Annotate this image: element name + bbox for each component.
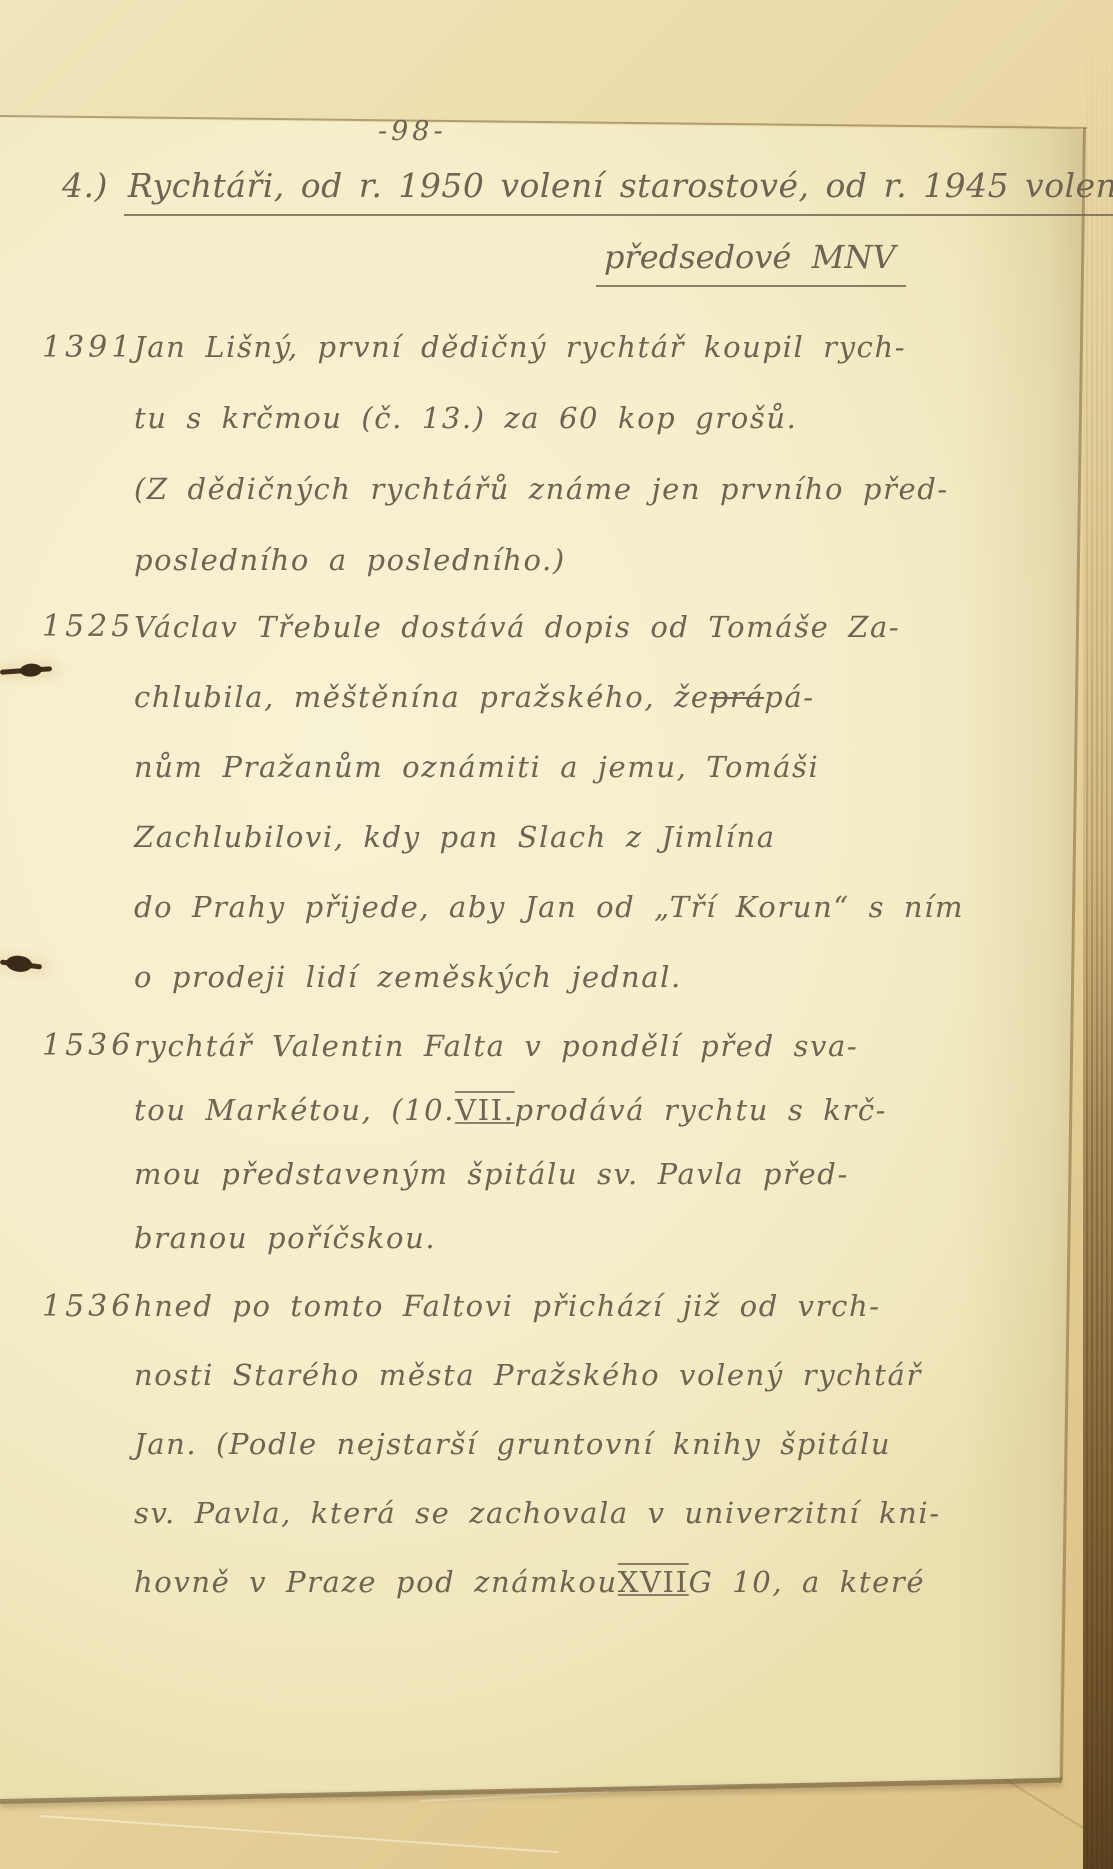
section-heading-continuation: předsedové MNV — [596, 238, 906, 287]
section-heading: 4.) Rychtáři, od r. 1950 volení starosto… — [62, 166, 1113, 216]
entry-text: rychtář Valentin Falta v pondělí před sv… — [134, 1014, 1094, 1270]
entry-line: Jan Lišný, první dědičný rychtář koupil … — [134, 312, 1094, 383]
entry-line: mou představeným špitálu sv. Pavla před- — [134, 1142, 1094, 1206]
entry-row: 1536hned po tomto Faltovi přichází již o… — [42, 1272, 1094, 1617]
entry-line: nům Pražanům oznámiti a jemu, Tomáši — [134, 732, 1094, 802]
paper-crease — [40, 1815, 559, 1853]
entry-line: hovně v Praze pod známkou XVII G 10, a k… — [134, 1548, 1094, 1617]
entry-year: 1391 — [42, 312, 134, 383]
entry-line: posledního a posledního.) — [134, 525, 1094, 596]
entry-line: (Z dědičných rychtářů známe jen prvního … — [134, 454, 1094, 525]
struck-word: prá — [710, 662, 765, 732]
entry-line: sv. Pavla, která se zachovala v univerzi… — [134, 1479, 1094, 1548]
entry-row: 1525Václav Třebule dostává dopis od Tomá… — [42, 592, 1094, 1012]
entry-year: 1536 — [42, 1272, 134, 1341]
heading-line2: předsedové MNV — [596, 238, 906, 287]
entry-line: nosti Starého města Pražského volený ryc… — [134, 1341, 1094, 1410]
entry-line: tou Markétou, (10. VII. prodává rychtu s… — [134, 1078, 1094, 1142]
page-number: -98- — [378, 116, 447, 147]
entry-row: 1391Jan Lišný, první dědičný rychtář kou… — [42, 312, 1094, 596]
entry-line: hned po tomto Faltovi přichází již od vr… — [134, 1272, 1094, 1341]
entry-line: branou poříčskou. — [134, 1206, 1094, 1270]
entry-line: chlubila, měštěnína pražského, že prá pá… — [134, 662, 1094, 732]
entry-text: hned po tomto Faltovi přichází již od vr… — [134, 1272, 1094, 1617]
entry-year: 1536 — [42, 1014, 134, 1078]
entry-line: o prodeji lidí zeměských jednal. — [134, 942, 1094, 1012]
entry-line: tu s krčmou (č. 13.) za 60 kop grošů. — [134, 383, 1094, 454]
entry-year: 1525 — [42, 592, 134, 662]
heading-line1: Rychtáři, od r. 1950 volení starostové, … — [124, 166, 1113, 216]
roman-numeral: VII. — [455, 1078, 514, 1142]
entry-line: Václav Třebule dostává dopis od Tomáše Z… — [134, 592, 1094, 662]
entry-line: Zachlubilovi, kdy pan Slach z Jimlína — [134, 802, 1094, 872]
heading-prefix: 4.) — [62, 166, 108, 205]
entry-line: Jan. (Podle nejstarší gruntovní knihy šp… — [134, 1410, 1094, 1479]
entry-line: rychtář Valentin Falta v pondělí před sv… — [134, 1014, 1094, 1078]
roman-numeral: XVII — [618, 1548, 689, 1617]
entry-line: do Prahy přijede, aby Jan od „Tří Korun“… — [134, 872, 1094, 942]
entry-text: Jan Lišný, první dědičný rychtář koupil … — [134, 312, 1094, 596]
entry-text: Václav Třebule dostává dopis od Tomáše Z… — [134, 592, 1094, 1012]
entry-row: 1536rychtář Valentin Falta v pondělí pře… — [42, 1014, 1094, 1270]
scanned-page: -98- 4.) Rychtáři, od r. 1950 volení sta… — [0, 0, 1113, 1869]
